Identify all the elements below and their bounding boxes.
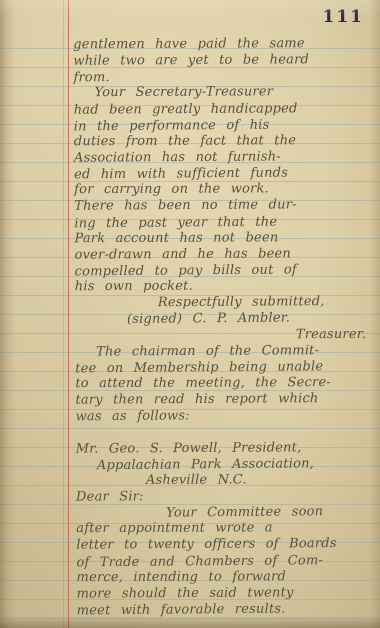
ledger-page: 111 gentlemen have paid the samewhile tw…	[0, 0, 380, 628]
manuscript-line: There has been no time dur-	[0, 197, 373, 215]
manuscript-line: Your Secretary-Treasurer	[0, 84, 373, 102]
manuscript-line: merce, intending to forward	[1, 569, 375, 587]
manuscript-line: meet with favorable results.	[2, 601, 376, 620]
manuscript-line: Mr. Geo. S. Powell, President,	[1, 439, 375, 457]
manuscript-line: letter to twenty officers of Boards	[1, 536, 375, 554]
manuscript-line: to attend the meeting, the Secre-	[0, 375, 374, 393]
manuscript-line: his own pocket.	[0, 278, 374, 296]
manuscript-line: Park account has not been	[0, 230, 373, 248]
manuscript-line: gentlemen have paid the same	[0, 36, 372, 54]
manuscript-line: for carrying on the work.	[0, 181, 373, 199]
page-number: 111	[323, 7, 365, 27]
manuscript-line: duties from the fact that the	[0, 133, 373, 151]
manuscript-line: had been greatly handicapped	[0, 100, 373, 118]
manuscript-line	[1, 423, 375, 441]
manuscript-line: Asheville N.C.	[1, 472, 375, 490]
manuscript-line: Treasurer.	[0, 326, 374, 344]
manuscript-line: The chairman of the Commit-	[0, 343, 374, 361]
manuscript-text: gentlemen have paid the samewhile two ar…	[0, 36, 376, 619]
manuscript-line: after appointment wrote a	[1, 520, 375, 538]
